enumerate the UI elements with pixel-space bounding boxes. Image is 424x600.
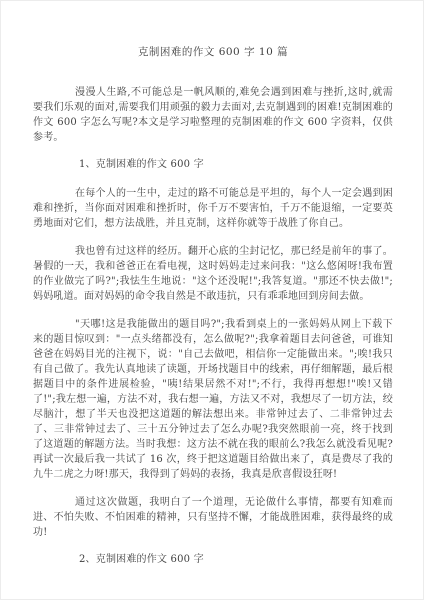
intro-paragraph: 漫漫人生路,不可能总是一帆风顺的,难免会遇到困难与挫折,这时,就需要我们乐观的面… <box>33 85 393 145</box>
essay1-paragraph-3: "天哪!这是我能做出的题目吗?";我看到桌上的一张妈妈从网上下载下来的题目惊叹到… <box>33 317 393 482</box>
document-page: 克制困难的作文 600 字 10 篇 漫漫人生路,不可能总是一帆风顺的,难免会遇… <box>0 0 424 600</box>
section-heading-2: 2、克制困难的作文 600 字 <box>79 553 393 566</box>
essay1-paragraph-2: 我也曾有过这样的经历。翻开心底的尘封记忆，那已经是前年的事了。暑假的一天，我和爸… <box>33 244 393 304</box>
essay1-paragraph-1: 在每个人的一生中，走过的路不可能总是平坦的，每个人一定会遇到困难和挫折，当你面对… <box>33 186 393 231</box>
section-heading-1: 1、克制困难的作文 600 字 <box>79 158 393 171</box>
essay1-paragraph-4: 通过这次做题，我明白了一个道理，无论做什么事情，都要有知难而进、不怕失败、不怕困… <box>33 495 393 540</box>
page-title: 克制困难的作文 600 字 10 篇 <box>33 44 393 59</box>
